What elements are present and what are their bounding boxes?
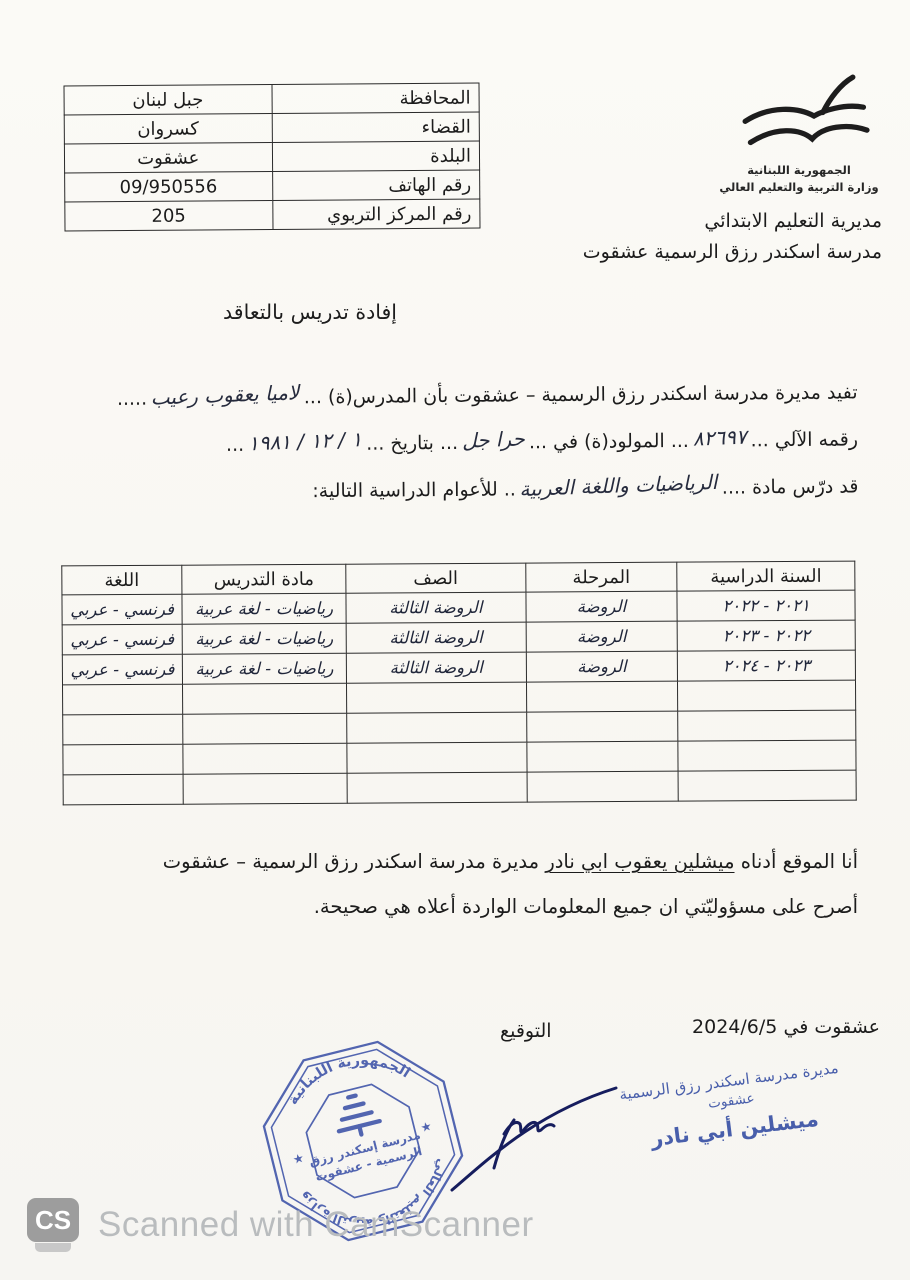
principal-name-underlined: ميشلين يعقوب ابي نادر [545,850,734,873]
principal-name-stamp: مديرة مدرسة اسكندر رزق الرسمية عشقوت ميش… [579,1054,885,1159]
main-table-empty-cell [347,742,527,773]
school-name-line: مدرسة اسكندر رزق الرسمية عشقوت [583,237,882,268]
main-table-handwritten-cell: رياضيات - لغة عربية [182,593,346,624]
main-table-empty-cell [183,713,347,744]
info-table-row: رقم المركز التربوي205 [65,199,480,231]
declaration-line-2: أصرح على مسؤوليّتي ان جميع المعلومات الو… [40,885,858,930]
ministry-name: الجمهورية اللبنانية [714,162,884,179]
main-table-handwritten-cell: الروضة [526,651,678,682]
main-table-handwritten-cell: ٢٠٢٣ - ٢٠٢٤ [678,650,856,681]
main-table-empty-cell [678,740,856,771]
main-table-handwritten-cell: فرنسي - عربي [62,594,182,625]
main-table-empty-cell [678,680,856,711]
scanned-document-page: المحافظةجبل لبنانالقضاءكسروانالبلدةعشقوت… [0,0,910,1280]
handwritten-birthdate: ١ / ١٢ / ١٩٨١ [243,416,367,466]
info-field-value: كسروان [64,114,272,144]
main-table-handwritten-cell: فرنسي - عربي [62,654,182,685]
date-value: 2024/6/5 [692,1016,777,1038]
info-field-value: جبل لبنان [64,85,272,115]
document-title: إفادة تدريس بالتعاقد [40,300,580,324]
header-info-table: المحافظةجبل لبنانالقضاءكسروانالبلدةعشقوت… [63,83,480,232]
body-print: ... المولود(ة) في ... [529,430,689,453]
main-table-empty-cell [183,743,347,774]
main-table-empty-cell [63,684,183,715]
main-table-handwritten-cell: الروضة [526,621,678,652]
main-table-empty-cell [527,771,679,802]
main-table-row [63,770,856,805]
main-table-row [63,740,856,775]
camscanner-text: Scanned with CamScanner [98,1205,534,1245]
main-table-row: ٢٠٢٢ - ٢٠٢٣الروضةالروضة الثالثةرياضيات -… [62,620,855,655]
main-table-empty-cell [678,710,856,741]
main-table-empty-cell [526,681,678,712]
main-table-header-cell: السنة الدراسية [677,561,855,591]
body-line-2: رقمه الآلي ...٨٢٦٩٧... المولود(ة) في ...… [36,415,858,469]
main-table-handwritten-cell: فرنسي - عربي [62,624,182,655]
body-print: تفيد مديرة مدرسة اسكندر رزق الرسمية – عش… [304,381,858,408]
main-table-empty-cell [346,682,526,713]
main-table-header-cell: الصف [346,563,526,593]
main-table-row [63,710,856,745]
main-table-handwritten-cell: ٢٠٢١ - ٢٠٢٢ [677,590,855,621]
info-table-row: رقم الهاتف09/950556 [65,170,480,202]
main-table-handwritten-cell: الروضة الثالثة [346,592,526,623]
ministry-title: وزارة التربية والتعليم العالي [714,179,884,196]
body-paragraph: تفيد مديرة مدرسة اسكندر رزق الرسمية – عش… [35,368,858,516]
teaching-years-table: السنة الدراسيةالمرحلةالصفمادة التدريسالل… [61,561,856,806]
declaration-pre: أنا الموقع أدناه [735,850,858,873]
camscanner-icon: CS [26,1198,80,1252]
main-table-empty-cell [347,772,527,803]
stamp-star-right: ★ [419,1118,433,1135]
main-table-handwritten-cell: رياضيات - لغة عربية [182,623,346,654]
main-table-handwritten-cell: الروضة الثالثة [346,622,526,653]
info-field-label: رقم الهاتف [272,170,480,200]
place-date: عشقوت في 2024/6/5 [692,1016,880,1038]
stamp-star-left: ★ [291,1150,305,1167]
declaration: أنا الموقع أدناه ميشلين يعقوب ابي نادر م… [40,840,858,930]
body-print: قد درّس مادة .... [722,475,859,498]
handwritten-subjects: الرياضيات واللغة العربية [515,459,723,513]
body-line-3: قد درّس مادة ....الرياضيات واللغة العربي… [36,462,858,516]
declaration-post: مديرة مدرسة اسكندر رزق الرسمية – عشقوت [163,850,546,873]
main-table-handwritten-cell: الروضة الثالثة [346,652,526,683]
info-field-value: عشقوت [64,143,272,173]
camscanner-watermark: CS Scanned with CamScanner [26,1198,534,1252]
info-field-label: المحافظة [271,83,479,113]
info-field-label: القضاء [272,112,480,142]
handwritten-id-number: ٨٢٦٩٧ [688,414,751,462]
body-print: رقمه الآلي ... [751,428,859,451]
school-header: مديرية التعليم الابتدائي مدرسة اسكندر رز… [583,206,882,269]
main-table-empty-cell [63,714,183,745]
main-table-row: ٢٠٢١ - ٢٠٢٢الروضةالروضة الثالثةرياضيات -… [62,590,855,625]
camscanner-icon-label: CS [27,1198,79,1242]
main-table-row: ٢٠٢٣ - ٢٠٢٤الروضةالروضة الثالثةرياضيات -… [62,650,855,685]
handwritten-birthplace: حرا جل [457,415,529,464]
main-table-header-cell: المرحلة [525,562,677,592]
body-print: .. للأعوام الدراسية التالية: [312,478,516,502]
main-table-empty-cell [183,683,347,714]
main-table-empty-cell [347,712,527,743]
main-table-row [63,680,856,715]
date-label: عشقوت في [783,1016,880,1038]
main-table-header-cell: مادة التدريس [182,564,346,594]
info-table-body: المحافظةجبل لبنانالقضاءكسروانالبلدةعشقوت… [64,83,480,231]
main-table-empty-cell [183,773,347,804]
handwritten-teacher-name: لاميا يعقوب رعيب [146,369,304,421]
declaration-line-1: أنا الموقع أدناه ميشلين يعقوب ابي نادر م… [40,840,858,885]
body-print: ..... [117,388,147,410]
cedar-tree-icon [332,1091,382,1139]
main-table-empty-cell [63,774,183,805]
info-field-label: البلدة [272,141,480,171]
main-table-empty-cell [526,741,678,772]
main-table-empty-cell [526,711,678,742]
body-print: ... [226,434,244,456]
ministry-logo-block: الجمهورية اللبنانية وزارة التربية والتعل… [714,70,884,197]
main-table-handwritten-cell: ٢٠٢٢ - ٢٠٢٣ [677,620,855,651]
main-table-handwritten-cell: الروضة [526,591,678,622]
info-field-value: 09/950556 [65,171,273,201]
main-table-body: ٢٠٢١ - ٢٠٢٢الروضةالروضة الثالثةرياضيات -… [62,590,856,805]
info-field-value: 205 [65,200,273,230]
info-table-row: القضاءكسروان [64,112,479,144]
info-table-row: البلدةعشقوت [64,141,479,173]
camscanner-icon-tab [35,1243,71,1252]
info-table-row: المحافظةجبل لبنان [64,83,479,115]
body-print: ... بتاريخ ... [366,432,458,455]
ministry-logo-icon [724,70,874,162]
main-table-empty-cell [63,744,183,775]
main-table-handwritten-cell: رياضيات - لغة عربية [182,653,346,684]
info-field-label: رقم المركز التربوي [272,199,480,229]
main-table-empty-cell [678,770,856,801]
directorate-line: مديرية التعليم الابتدائي [583,206,882,237]
main-table-header-cell: اللغة [62,565,182,595]
signature-label: التوقيع [500,1020,552,1042]
